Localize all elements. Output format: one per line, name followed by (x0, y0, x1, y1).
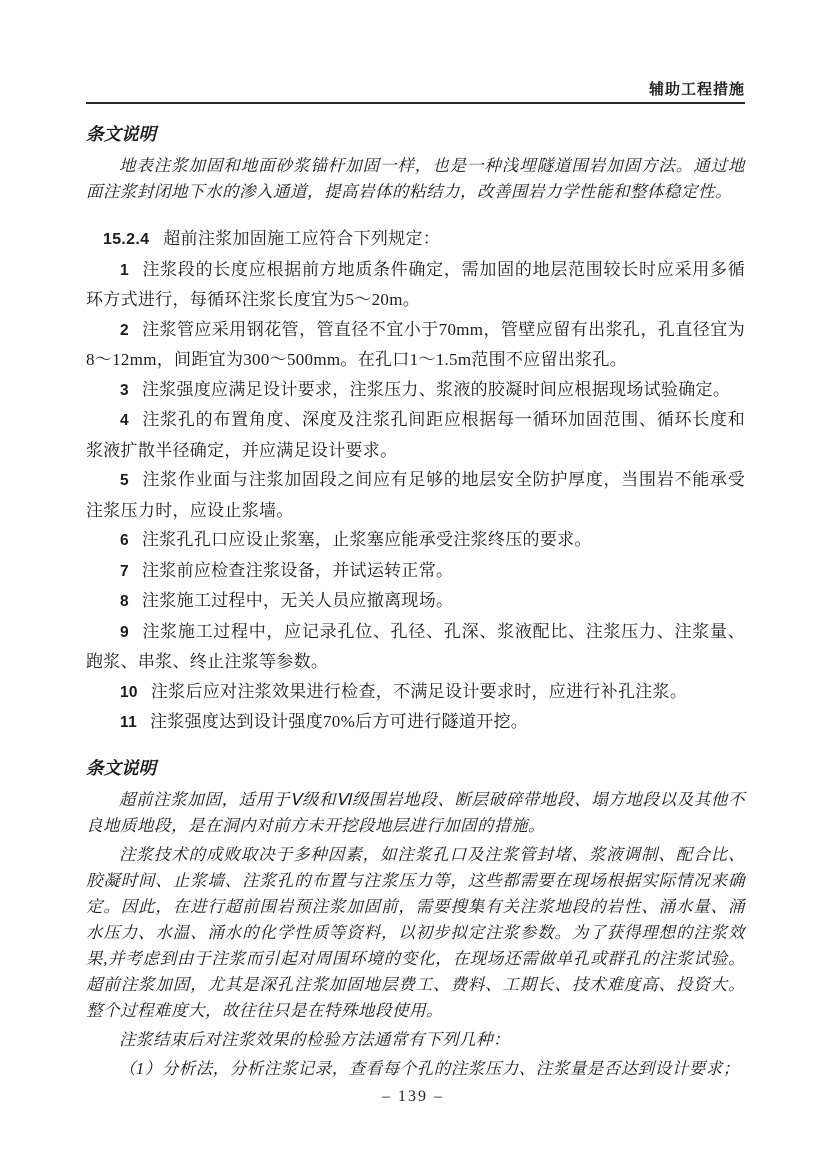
item-text: 注浆作业面与注浆加固段之间应有足够的地层安全防护厚度，当围岩不能承受注浆压力时，… (86, 470, 745, 520)
item-number: 2 (120, 322, 129, 339)
explanation2-body: 超前注浆加固，适用于Ⅴ级和Ⅵ级围岩地段、断层破碎带地段、塌方地段以及其他不良地质… (86, 787, 745, 1082)
item-number: 5 (120, 472, 129, 489)
item-number: 3 (120, 382, 129, 399)
list-item: 2注浆管应采用钢花管，管直径不宜小于70mm，管壁应留有出浆孔，孔直径宜为8～1… (86, 315, 745, 375)
explanation1-body: 地表注浆加固和地面砂浆锚杆加固一样，也是一种浅埋隧道围岩加固方法。通过地面注浆封… (86, 153, 745, 205)
item-number: 8 (120, 593, 129, 610)
item-number: 9 (120, 624, 129, 641)
item-text: 注浆强度达到设计强度70%后方可进行隧道开挖。 (150, 712, 528, 731)
list-item: 3注浆强度应满足设计要求，注浆压力、浆液的胶凝时间应根据现场试验确定。 (86, 375, 745, 406)
list-item: 7注浆前应检查注浆设备，并试运转正常。 (86, 556, 745, 587)
item-number: 11 (120, 714, 137, 731)
page-content: 辅助工程措施 条文说明 地表注浆加固和地面砂浆锚杆加固一样，也是一种浅埋隧道围岩… (86, 0, 745, 1085)
explanation2-heading: 条文说明 (86, 757, 745, 780)
header-title: 辅助工程措施 (649, 81, 745, 98)
item-number: 10 (120, 684, 138, 701)
document-page: 辅助工程措施 条文说明 地表注浆加固和地面砂浆锚杆加固一样，也是一种浅埋隧道围岩… (0, 0, 826, 1169)
explanation1-heading: 条文说明 (86, 123, 745, 146)
item-number: 7 (120, 563, 129, 580)
clause-heading: 15.2.4超前注浆加固施工应符合下列规定： (86, 224, 745, 255)
list-item: 11注浆强度达到设计强度70%后方可进行隧道开挖。 (86, 707, 745, 738)
paragraph: （1）分析法，分析注浆记录，查看每个孔的注浆压力、注浆量是否达到设计要求； (86, 1056, 745, 1082)
item-number: 1 (120, 262, 129, 279)
list-item: 6注浆孔孔口应设止浆塞，止浆塞应能承受注浆终压的要求。 (86, 525, 745, 556)
clause-item-list: 1注浆段的长度应根据前方地质条件确定，需加固的地层范围较长时应采用多循环方式进行… (86, 255, 745, 738)
list-item: 9注浆施工过程中，应记录孔位、孔径、孔深、浆液配比、注浆压力、注浆量、跑浆、串浆… (86, 617, 745, 677)
list-item: 4注浆孔的布置角度、深度及注浆孔间距应根据每一循环加固范围、循环长度和浆液扩散半… (86, 405, 745, 465)
item-text: 注浆段的长度应根据前方地质条件确定，需加固的地层范围较长时应采用多循环方式进行，… (86, 260, 745, 310)
page-number: – 139 – (382, 1088, 444, 1105)
item-text: 注浆前应检查注浆设备，并试运转正常。 (142, 561, 453, 580)
paragraph: 注浆结束后对注浆效果的检验方法通常有下列几种： (86, 1027, 745, 1053)
item-text: 注浆施工过程中，应记录孔位、孔径、孔深、浆液配比、注浆压力、注浆量、跑浆、串浆、… (86, 622, 745, 672)
page-footer: – 139 – (0, 1088, 826, 1106)
item-text: 注浆孔孔口应设止浆塞，止浆塞应能承受注浆终压的要求。 (142, 530, 592, 549)
item-text: 注浆强度应满足设计要求，注浆压力、浆液的胶凝时间应根据现场试验确定。 (142, 380, 730, 399)
list-item: 1注浆段的长度应根据前方地质条件确定，需加固的地层范围较长时应采用多循环方式进行… (86, 255, 745, 315)
paragraph: 超前注浆加固，适用于Ⅴ级和Ⅵ级围岩地段、断层破碎带地段、塌方地段以及其他不良地质… (86, 787, 745, 839)
list-item: 10注浆后应对注浆效果进行检查，不满足设计要求时，应进行补孔注浆。 (86, 677, 745, 708)
item-number: 6 (120, 532, 129, 549)
item-number: 4 (120, 412, 129, 429)
item-text: 注浆管应采用钢花管，管直径不宜小于70mm，管壁应留有出浆孔，孔直径宜为8～12… (86, 320, 745, 370)
paragraph: 地表注浆加固和地面砂浆锚杆加固一样，也是一种浅埋隧道围岩加固方法。通过地面注浆封… (86, 153, 745, 205)
item-text: 注浆后应对注浆效果进行检查，不满足设计要求时，应进行补孔注浆。 (151, 682, 687, 701)
item-text: 注浆施工过程中，无关人员应撤离现场。 (142, 591, 453, 610)
item-text: 注浆孔的布置角度、深度及注浆孔间距应根据每一循环加固范围、循环长度和浆液扩散半径… (86, 410, 745, 460)
clause-title: 超前注浆加固施工应符合下列规定： (163, 229, 440, 248)
running-header: 辅助工程措施 (86, 78, 745, 104)
list-item: 5注浆作业面与注浆加固段之间应有足够的地层安全防护厚度，当围岩不能承受注浆压力时… (86, 465, 745, 525)
list-item: 8注浆施工过程中，无关人员应撤离现场。 (86, 586, 745, 617)
clause-number: 15.2.4 (103, 231, 149, 248)
paragraph: 注浆技术的成败取决于多种因素，如注浆孔口及注浆管封堵、浆液调制、配合比、胶凝时间… (86, 842, 745, 1024)
